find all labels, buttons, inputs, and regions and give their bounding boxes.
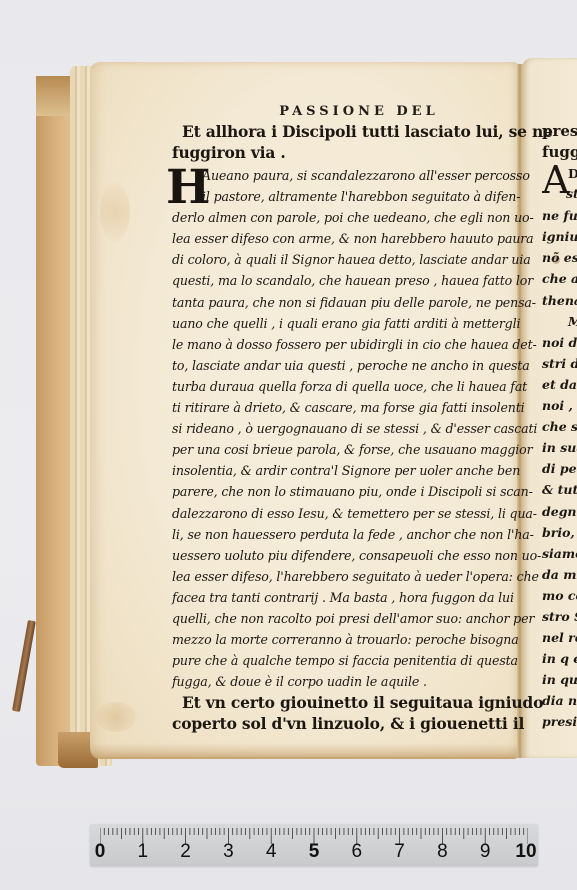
text-line: mezzo la morte correranno à trouarlo: pe…	[172, 629, 510, 650]
text-line: et da o	[542, 374, 577, 395]
dropcap-block: H Aueano paura, si scandalezzarono all'e…	[172, 165, 510, 207]
bookmark-ribbon	[12, 620, 36, 712]
text-fragment: stri	[566, 183, 577, 204]
text-line: A D stri	[542, 163, 577, 205]
text-line: il pastore, altramente l'harebbon seguit…	[172, 186, 510, 207]
text-line: derlo almen con parole, poi che uedeano,…	[172, 207, 510, 228]
text-line: le mano à dosso fossero per ubidirgli in…	[172, 334, 510, 355]
text-line: lea esser difeso, l'harebbero seguitato …	[172, 566, 510, 587]
text-line: nel reg	[542, 627, 577, 648]
text-line: coperto sol d'vn linzuolo, & i giouenett…	[172, 713, 510, 734]
closing-paragraph: Et vn certo giouinetto il seguitaua igni…	[172, 692, 510, 734]
text-line: che sta	[542, 416, 577, 437]
right-page-text: presen fuggi i A D stri ne fuggi igniudi…	[542, 121, 577, 733]
ruler-label: 0	[88, 841, 112, 863]
ruler-label: 1	[131, 841, 155, 863]
text-line: dalezzarono di esso Iesu, & temettero pe…	[172, 503, 510, 524]
left-page-text: PASSIONE DEL Et allhora i Discipoli tutt…	[172, 104, 510, 734]
text-line: fuggi i	[542, 142, 577, 163]
text-line: di coloro, à quali il Signor hauea detto…	[172, 249, 510, 270]
text-line: li, se non hauessero perduta la fede , a…	[172, 524, 510, 545]
text-line: noi , e	[542, 395, 577, 416]
text-line: brio, se	[542, 522, 577, 543]
foxing-stain	[100, 182, 130, 242]
text-line: & tutt	[542, 479, 577, 500]
text-line: siamo t	[542, 543, 577, 564]
scale-ruler: 0 1 2 3 4 5 6 7 8 9 10	[90, 824, 538, 866]
text-line: ti ritirare à drieto, & cascare, ma fors…	[172, 397, 510, 418]
text-line: da min	[542, 564, 577, 585]
text-line: per una cosi brieue parola, & forse, che…	[172, 439, 510, 460]
ruler-label: 3	[216, 841, 240, 863]
text-line: mo co'l	[542, 585, 577, 606]
text-line: si rideano , ò uergognauano di se stessi…	[172, 418, 510, 439]
text-line: che alm	[542, 268, 577, 289]
text-line: fuggiron via .	[172, 142, 510, 163]
text-line: dia no	[542, 690, 577, 711]
text-line: noi de p	[542, 332, 577, 353]
text-line: di pecc	[542, 458, 577, 479]
ruler-label: 6	[345, 841, 369, 863]
text-line: tanta paura, che non si fidauan piu dell…	[172, 292, 510, 313]
text-line: to, lasciate andar uia questi , peroche …	[172, 355, 510, 376]
ruler-labels: 0 1 2 3 4 5 6 7 8 9 10	[90, 841, 538, 863]
text-line: presen	[542, 121, 577, 142]
text-line: stro Si	[542, 606, 577, 627]
ruler-label: 9	[473, 841, 497, 863]
text-line: in q e	[542, 648, 577, 669]
drop-cap: H	[166, 166, 210, 210]
text-line: igniudi .	[542, 226, 577, 247]
text-line: ne fuggi	[542, 205, 577, 226]
ruler-label: 7	[388, 841, 412, 863]
text-line: nõ esser	[542, 247, 577, 268]
text-line: quelli, che non racolto poi presi dell'a…	[172, 608, 510, 629]
text-line: Aueano paura, si scandalezzarono all'ess…	[172, 165, 510, 186]
lead-paragraph: Et allhora i Discipoli tutti lasciato lu…	[172, 121, 510, 163]
ruler-label: 4	[259, 841, 283, 863]
ruler-label: 5	[302, 841, 326, 863]
book-photograph: PASSIONE DEL Et allhora i Discipoli tutt…	[0, 0, 577, 890]
text-fragment: D	[568, 163, 577, 184]
ruler-label: 10	[514, 841, 538, 863]
text-line: in sua	[542, 437, 577, 458]
text-line: facea tra tanti contrarij . Ma basta , h…	[172, 587, 510, 608]
running-head: PASSIONE DEL	[208, 104, 510, 119]
text-line: Et allhora i Discipoli tutti lasciato lu…	[172, 121, 510, 142]
text-line: fugga, & doue è il corpo uadin le aquile…	[172, 671, 510, 692]
commentary-paragraph: H Aueano paura, si scandalezzarono all'e…	[172, 165, 510, 692]
text-line: parere, che non lo stimauano piu, onde i…	[172, 481, 510, 502]
ruler-label: 8	[430, 841, 454, 863]
foxing-stain	[96, 702, 136, 732]
text-line: questi, ma lo scandalo, che hauean preso…	[172, 270, 510, 291]
text-line: lea esser difeso con arme, & non harebbe…	[172, 228, 510, 249]
text-line: degni d	[542, 501, 577, 522]
text-line: in que	[542, 669, 577, 690]
text-line: Et vn certo giouinetto il seguitaua igni…	[172, 692, 510, 713]
text-line: turba duraua quella forza di quella uoce…	[172, 376, 510, 397]
ruler-label: 2	[174, 841, 198, 863]
text-line: stri del	[542, 353, 577, 374]
text-line: thena .	[542, 290, 577, 311]
text-line: uano che quelli , i quali erano gia fatt…	[172, 313, 510, 334]
text-line: uessero uoluto piu difendere, consapeuol…	[172, 545, 510, 566]
text-line: insolentia, & ardir contra'l Signore per…	[172, 460, 510, 481]
text-line: pure che à qualche tempo si faccia penit…	[172, 650, 510, 671]
text-line: Ma	[542, 311, 577, 332]
text-line: presi,	[542, 711, 577, 732]
